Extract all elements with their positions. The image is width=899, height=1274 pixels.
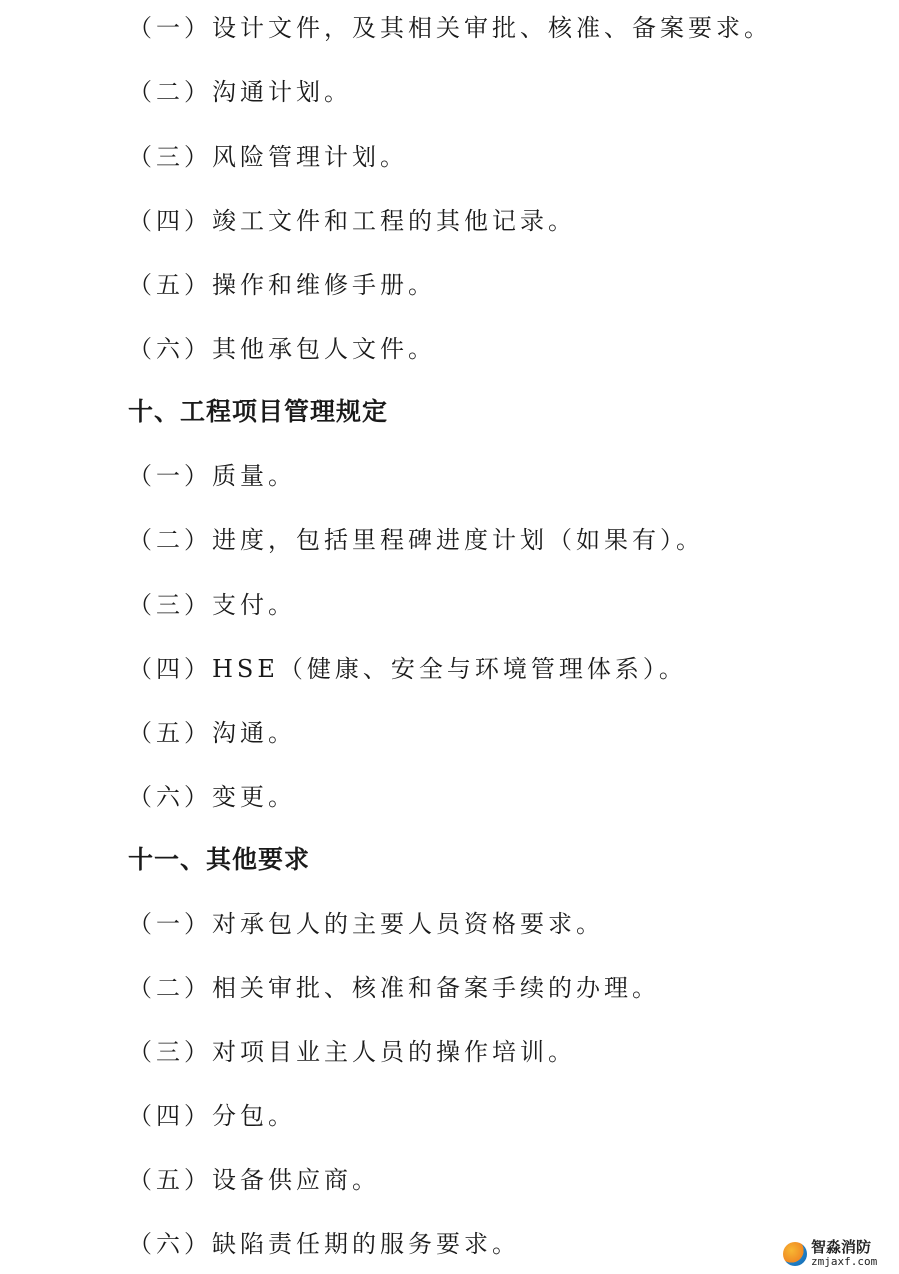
watermark: 智淼消防 zmjaxf.com [783, 1236, 895, 1272]
watermark-brand: 智淼消防 [811, 1236, 871, 1257]
list-item: （四）竣工文件和工程的其他记录。 [128, 201, 576, 236]
list-item: （五）设备供应商。 [128, 1160, 380, 1195]
list-item: （四）分包。 [128, 1096, 296, 1131]
watermark-url: zmjaxf.com [811, 1255, 877, 1268]
list-item: （二）进度，包括里程碑进度计划（如果有）。 [128, 520, 704, 555]
list-item: （三）风险管理计划。 [128, 137, 408, 172]
section-heading: 十一、其他要求 [128, 840, 310, 876]
section-heading: 十、工程项目管理规定 [128, 392, 388, 428]
list-item: （二）相关审批、核准和备案手续的办理。 [128, 968, 660, 1003]
list-item: （三）对项目业主人员的操作培训。 [128, 1032, 576, 1067]
list-item: （一）设计文件，及其相关审批、核准、备案要求。 [128, 8, 772, 43]
list-item: （二）沟通计划。 [128, 72, 352, 107]
list-item: （五）沟通。 [128, 713, 296, 748]
list-item: （一）对承包人的主要人员资格要求。 [128, 904, 604, 939]
list-item: （六）缺陷责任期的服务要求。 [128, 1224, 520, 1259]
list-item: （五）操作和维修手册。 [128, 265, 436, 300]
list-item: （三）支付。 [128, 585, 296, 620]
list-item: （一）质量。 [128, 456, 296, 491]
list-item: （四）HSE（健康、安全与环境管理体系）。 [128, 649, 687, 684]
list-item: （六）其他承包人文件。 [128, 329, 436, 364]
list-item: （六）变更。 [128, 777, 296, 812]
brand-logo-icon [783, 1242, 807, 1266]
